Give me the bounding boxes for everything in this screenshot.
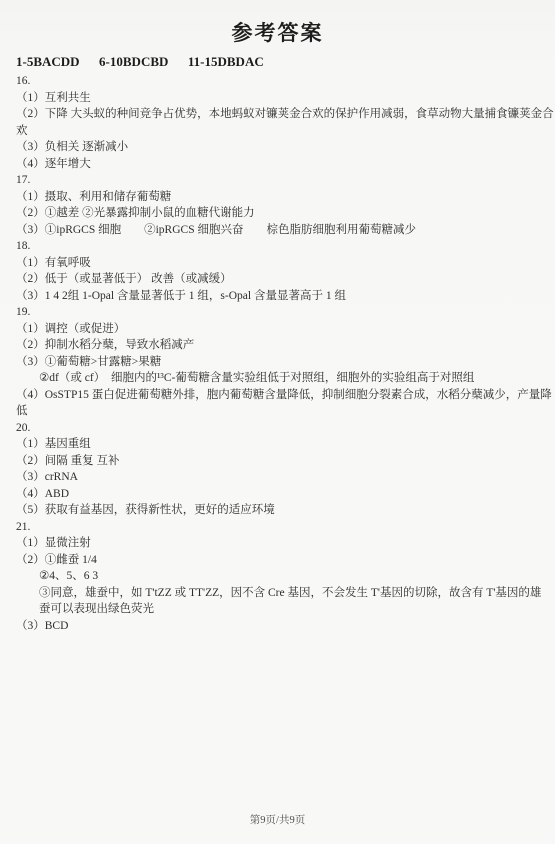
answer-line: （4）ABD: [16, 486, 555, 503]
answer-line-continuation: 欢: [16, 123, 555, 140]
answer-line: （2）①雌蚕 1/4: [16, 552, 555, 569]
document-page: 参考答案 1-5BACDD 6-10BDCBD 11-15DBDAC 16. （…: [0, 0, 555, 844]
answer-line: （4）OsSTP15 蛋白促进葡萄糖外排，胞内葡萄糖含量降低，抑制细胞分裂素合成…: [16, 387, 555, 404]
question-number: 21.: [16, 519, 555, 536]
multiple-choice-answers: 1-5BACDD 6-10BDCBD 11-15DBDAC: [16, 53, 555, 70]
answer-line: （3）①葡萄糖>甘露糖>果糖: [16, 354, 555, 371]
question-number: 17.: [16, 172, 555, 189]
answer-line: （2）间隔 重复 互补: [16, 453, 555, 470]
answer-subline: ②4、5、6 3: [16, 568, 555, 585]
question-number: 20.: [16, 420, 555, 437]
answer-line: （2）下降 大头蚁的种间竞争占优势，本地蚂蚁对镰荚金合欢的保护作用减弱，食草动物…: [16, 106, 555, 123]
answer-line: （1）基因重组: [16, 436, 555, 453]
answer-line: （2）①越差 ②光暴露抑制小鼠的血糖代谢能力: [16, 205, 555, 222]
answer-line: （4）逐年增大: [16, 156, 555, 173]
page-number: 第9页/共9页: [250, 815, 305, 826]
answer-line: （5）获取有益基因，获得新性状，更好的适应环境: [16, 502, 555, 519]
answer-line: （1）摄取、利用和储存葡萄糖: [16, 189, 555, 206]
answer-line: （3）BCD: [16, 618, 555, 635]
answer-body: 16. （1）互利共生 （2）下降 大头蚁的种间竞争占优势，本地蚂蚁对镰荚金合欢…: [16, 73, 555, 634]
question-number: 16.: [16, 73, 555, 90]
answer-line: （1）互利共生: [16, 90, 555, 107]
answer-line: （1）调控（或促进）: [16, 321, 555, 338]
answer-line: （3）①ipRGCS 细胞 ②ipRGCS 细胞兴奋 棕色脂肪细胞利用葡萄糖减少: [16, 222, 555, 239]
answer-line: （3）1 4 2组 1-Opal 含量显著低于 1 组，s-Opal 含量显著高…: [16, 288, 555, 305]
answer-line-continuation: 低: [16, 403, 555, 420]
page-title: 参考答案: [0, 20, 555, 46]
page-footer: 第9页/共9页: [0, 812, 555, 827]
answer-subline: ③同意，雄蚕中，如 T'tZZ 或 TT'ZZ，因不含 Cre 基因，不会发生 …: [16, 585, 555, 602]
answer-line: （3）crRNA: [16, 469, 555, 486]
answer-subline: ②df（或 cf） 细胞内的¹³C-葡萄糖含量实验组低于对照组，细胞外的实验组高…: [16, 370, 555, 387]
question-number: 19.: [16, 304, 555, 321]
answer-line: （3）负相关 逐渐减小: [16, 139, 555, 156]
answer-line: （1）显微注射: [16, 535, 555, 552]
answer-line: （2）抑制水稻分蘖，导致水稻减产: [16, 337, 555, 354]
answer-subline-continuation: 蚕可以表现出绿色荧光: [16, 601, 555, 618]
answer-line: （2）低于（或显著低于） 改善（或减缓）: [16, 271, 555, 288]
question-number: 18.: [16, 238, 555, 255]
answer-line: （1）有氧呼吸: [16, 255, 555, 272]
